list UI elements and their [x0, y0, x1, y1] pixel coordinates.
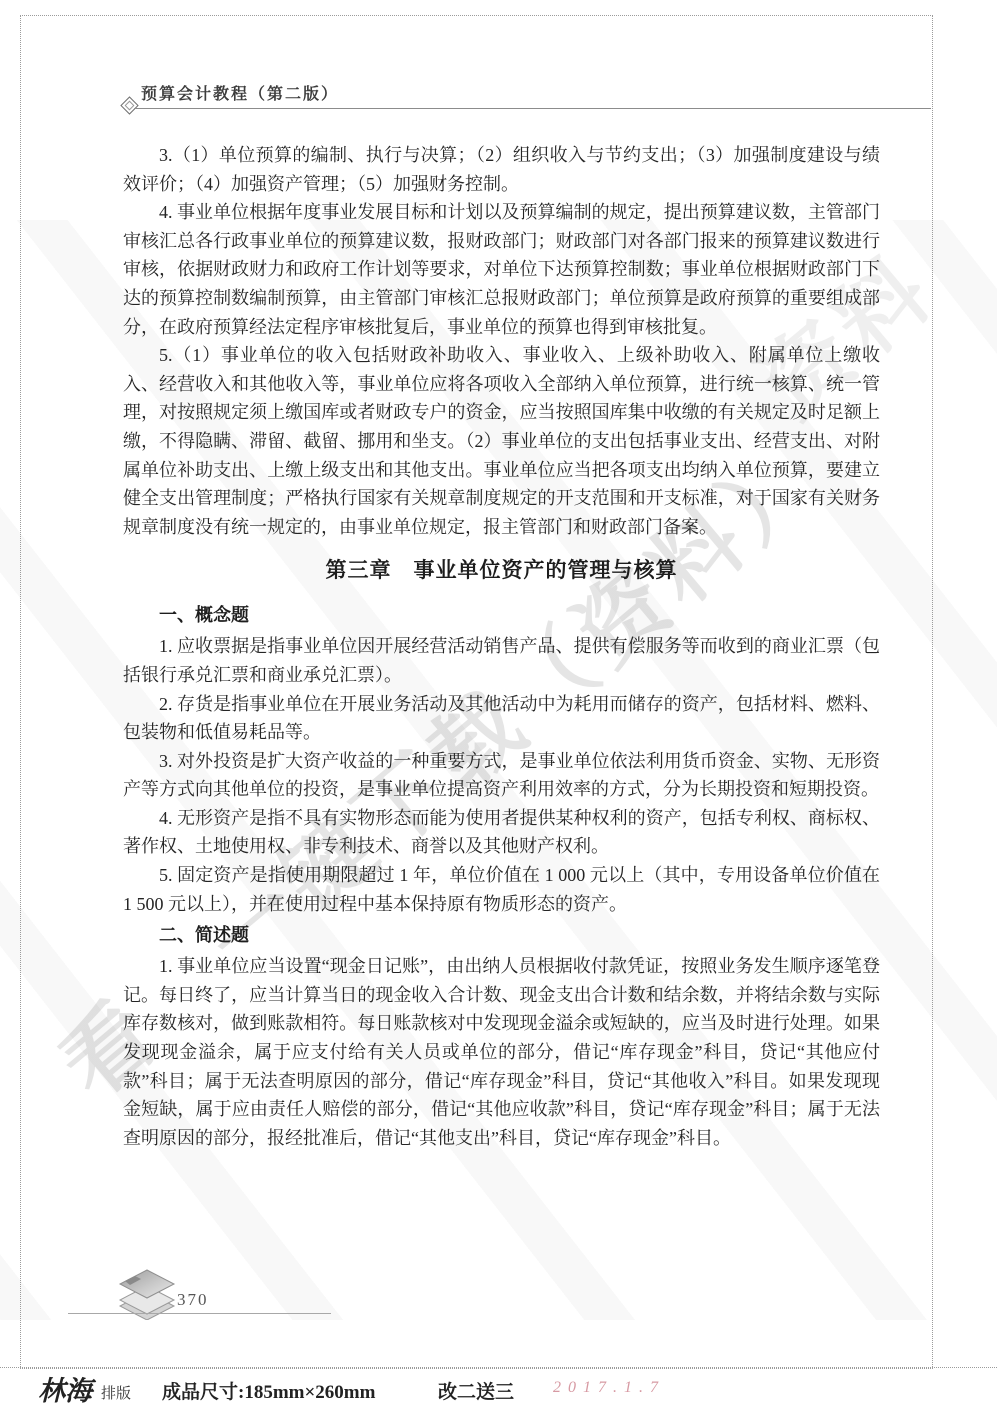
chapter-title: 第三章 事业单位资产的管理与核算	[123, 541, 880, 598]
section-heading-short-answer: 二、简述题	[123, 921, 880, 950]
footer-date: 2017.1.7	[553, 1379, 665, 1397]
concept-item-2: 2. 存货是指事业单位在开展业务活动及其他活动中为耗用而储存的资产，包括材料、燃…	[123, 690, 880, 747]
running-head-title: 预算会计教程（第二版）	[141, 81, 339, 104]
footer-typeset-label: 排版	[101, 1382, 131, 1403]
short-answer-item-1: 1. 事业单位应当设置“现金日记账”，由出纳人员根据收付款凭证，按照业务发生顺序…	[123, 952, 880, 1152]
bottom-trim-line	[0, 1367, 997, 1368]
page-body: 3.（1）单位预算的编制、执行与决算；（2）组织收入与节约支出；（3）加强制度建…	[123, 141, 880, 1152]
concept-item-1: 1. 应收票据是指事业单位因开展经营活动销售产品、提供有偿服务等而收到的商业汇票…	[123, 632, 880, 689]
concept-item-5: 5. 固定资产是指使用期限超过 1 年，单位价值在 1 000 元以上（其中，专…	[123, 861, 880, 918]
section-heading-concepts: 一、概念题	[123, 601, 880, 630]
folio-rule	[68, 1313, 331, 1314]
paragraph-answer-4: 4. 事业单位根据年度事业发展目标和计划以及预算编制的规定，提出预算建议数，主管…	[123, 198, 880, 341]
paragraph-answer-5: 5.（1）事业单位的收入包括财政补助收入、事业收入、上级补助收入、附属单位上缴收…	[123, 341, 880, 541]
running-head-rule	[134, 108, 931, 109]
footer-typesetter-name: 林海	[38, 1369, 92, 1408]
paragraph-answer-3: 3.（1）单位预算的编制、执行与决算；（2）组织收入与节约支出；（3）加强制度建…	[123, 141, 880, 198]
book-stack-icon	[118, 1268, 176, 1325]
concept-item-3: 3. 对外投资是扩大资产收益的一种重要方式，是事业单位依法利用货币资金、实物、无…	[123, 747, 880, 804]
book-page: 看 一键下载（资料） 资料 预算会计教程（第二版） 3.（1）单位预算的编制、执…	[0, 0, 997, 1413]
footer-trim-size: 成品尺寸:185mm×260mm	[162, 1377, 375, 1404]
concept-item-4: 4. 无形资产是指不具有实物形态而能为使用者提供某种权利的资产，包括专利权、商标…	[123, 804, 880, 861]
page-number: 370	[177, 1290, 209, 1310]
footer-revision-note: 改二送三	[438, 1377, 514, 1404]
